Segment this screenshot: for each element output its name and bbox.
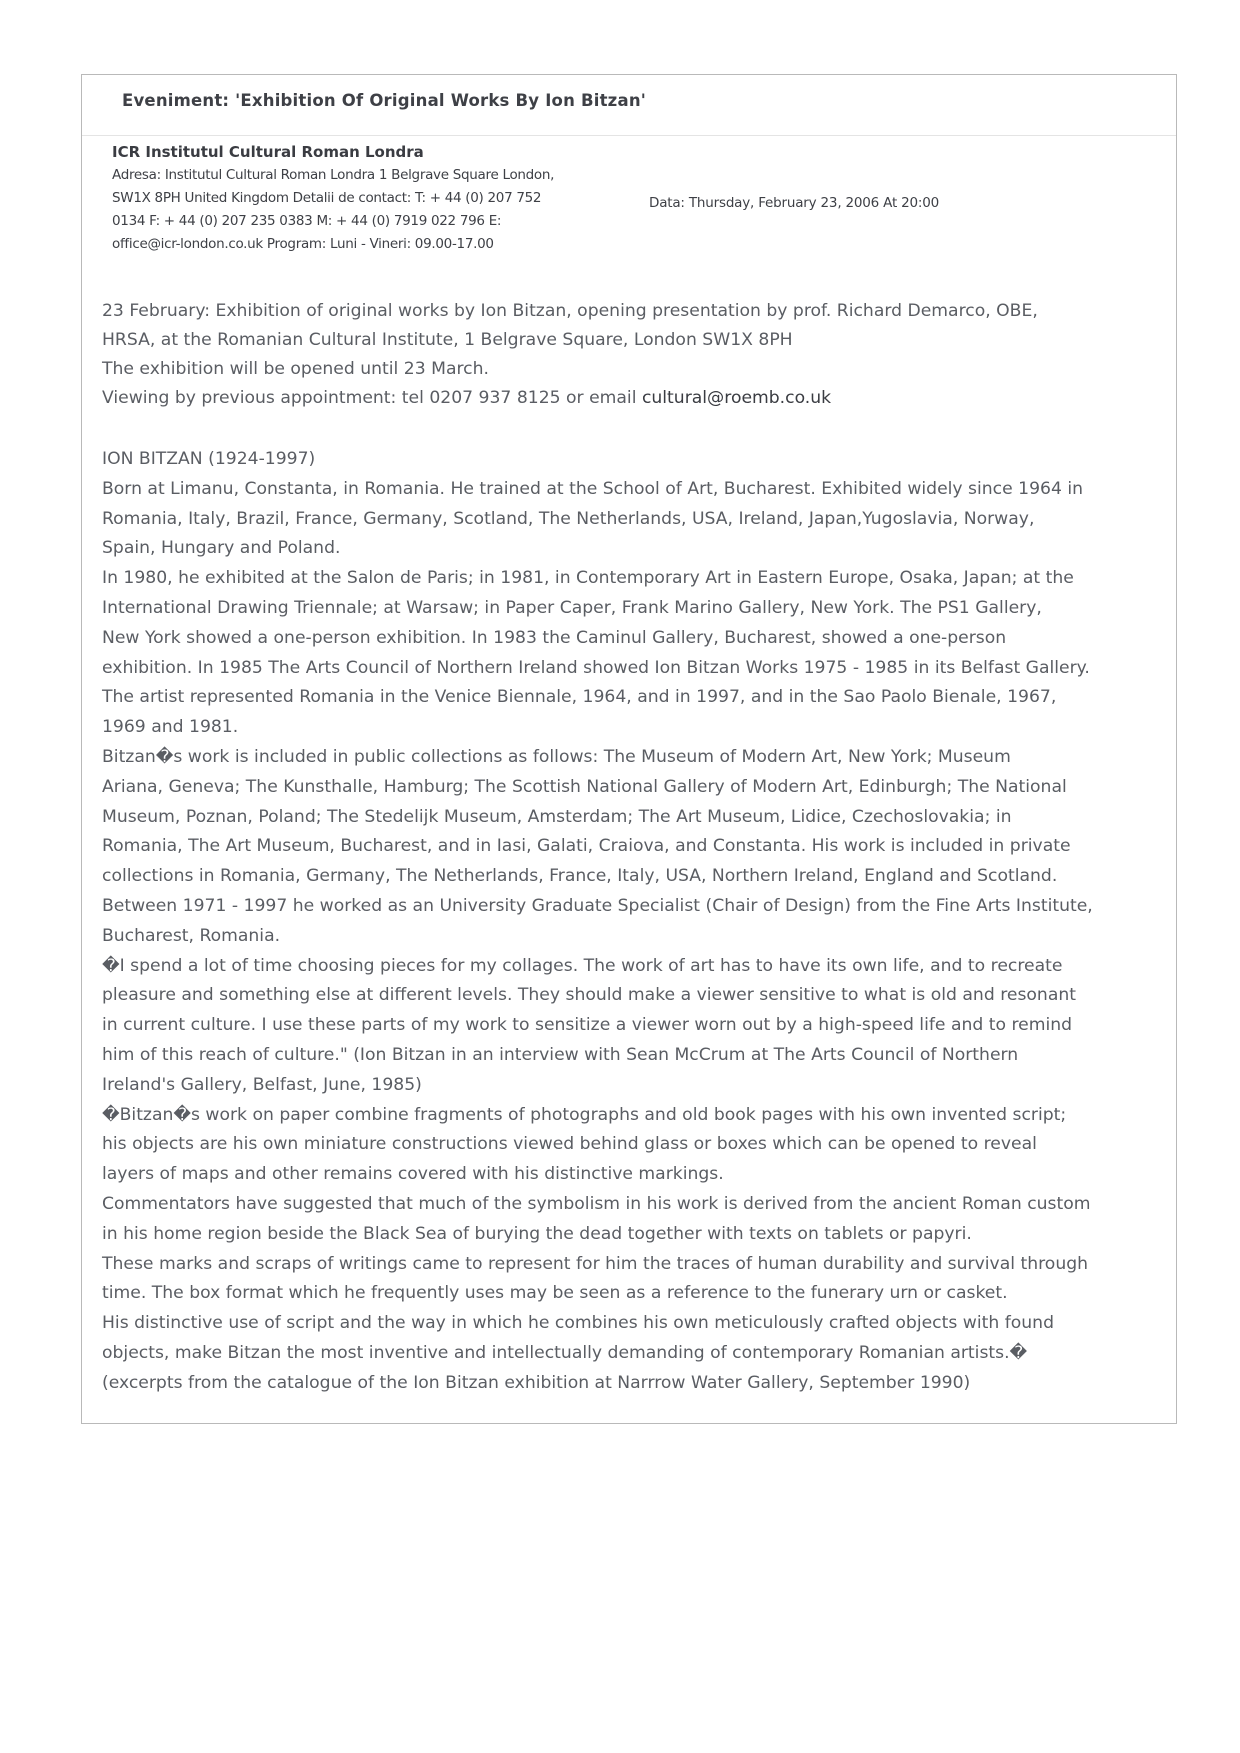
bio-line: Romania, Italy, Brazil, France, Germany,… [102, 505, 1162, 535]
bio-line: Commentators have suggested that much of… [102, 1190, 1162, 1220]
bio-line: Spain, Hungary and Poland. [102, 534, 1162, 564]
source-citation: (excerpts from the catalogue of the Ion … [102, 1369, 1162, 1399]
venue-address-line: 0134 F: + 44 (0) 207 235 0383 M: + 44 (0… [112, 210, 632, 233]
intro-section: 23 February: Exhibition of original work… [102, 297, 1162, 413]
bio-line: International Drawing Triennale; at Wars… [102, 594, 1162, 624]
bio-line: �Bitzan�s work on paper combine fragment… [102, 1101, 1162, 1131]
bio-line: collections in Romania, Germany, The Net… [102, 862, 1162, 892]
bio-line: Bucharest, Romania. [102, 922, 1162, 952]
viewing-line: Viewing by previous appointment: tel 020… [102, 384, 1162, 413]
event-page-box: Eveniment: 'Exhibition Of Original Works… [81, 74, 1177, 1424]
event-title: Eveniment: 'Exhibition Of Original Works… [122, 91, 646, 110]
viewing-text: Viewing by previous appointment: tel 020… [102, 388, 642, 408]
bio-line: objects, make Bitzan the most inventive … [102, 1339, 1162, 1369]
bio-line: exhibition. In 1985 The Arts Council of … [102, 654, 1162, 684]
bio-line: Romania, The Art Museum, Bucharest, and … [102, 832, 1162, 862]
bio-line: The artist represented Romania in the Ve… [102, 683, 1162, 713]
bio-line: These marks and scraps of writings came … [102, 1250, 1162, 1280]
bio-line: Museum, Poznan, Poland; The Stedelijk Mu… [102, 803, 1162, 833]
venue-block: ICR Institutul Cultural Roman Londra Adr… [112, 141, 632, 256]
contact-email-link[interactable]: cultural@roemb.co.uk [642, 388, 831, 408]
bio-line: In 1980, he exhibited at the Salon de Pa… [102, 564, 1162, 594]
intro-line: The exhibition will be opened until 23 M… [102, 355, 1162, 384]
bio-line: New York showed a one-person exhibition.… [102, 624, 1162, 654]
event-date: Data: Thursday, February 23, 2006 At 20:… [649, 195, 939, 211]
venue-address-line: Adresa: Institutul Cultural Roman Londra… [112, 164, 632, 187]
bio-line: Ariana, Geneva; The Kunsthalle, Hamburg;… [102, 773, 1162, 803]
venue-address-line: office@icr-london.co.uk Program: Luni - … [112, 233, 632, 256]
venue-name: ICR Institutul Cultural Roman Londra [112, 141, 632, 164]
intro-line: 23 February: Exhibition of original work… [102, 297, 1162, 326]
quote-line: him of this reach of culture." (Ion Bitz… [102, 1041, 1162, 1071]
bio-line: in his home region beside the Black Sea … [102, 1220, 1162, 1250]
quote-line: pleasure and something else at different… [102, 981, 1162, 1011]
quote-line: �I spend a lot of time choosing pieces f… [102, 952, 1162, 982]
venue-address-line: SW1X 8PH United Kingdom Detalii de conta… [112, 187, 632, 210]
bio-line: Born at Limanu, Constanta, in Romania. H… [102, 475, 1162, 505]
event-header: Eveniment: 'Exhibition Of Original Works… [82, 75, 1176, 136]
bio-line: His distinctive use of script and the wa… [102, 1309, 1162, 1339]
bio-line: Between 1971 - 1997 he worked as an Univ… [102, 892, 1162, 922]
biography-section: ION BITZAN (1924-1997) Born at Limanu, C… [102, 445, 1162, 1399]
quote-line: Ireland's Gallery, Belfast, June, 1985) [102, 1071, 1162, 1101]
bio-line: 1969 and 1981. [102, 713, 1162, 743]
bio-line: time. The box format which he frequently… [102, 1279, 1162, 1309]
bio-line: his objects are his own miniature constr… [102, 1130, 1162, 1160]
bio-line: layers of maps and other remains covered… [102, 1160, 1162, 1190]
intro-line: HRSA, at the Romanian Cultural Institute… [102, 326, 1162, 355]
quote-line: in current culture. I use these parts of… [102, 1011, 1162, 1041]
bio-line: Bitzan�s work is included in public coll… [102, 743, 1162, 773]
bio-heading: ION BITZAN (1924-1997) [102, 445, 1162, 475]
